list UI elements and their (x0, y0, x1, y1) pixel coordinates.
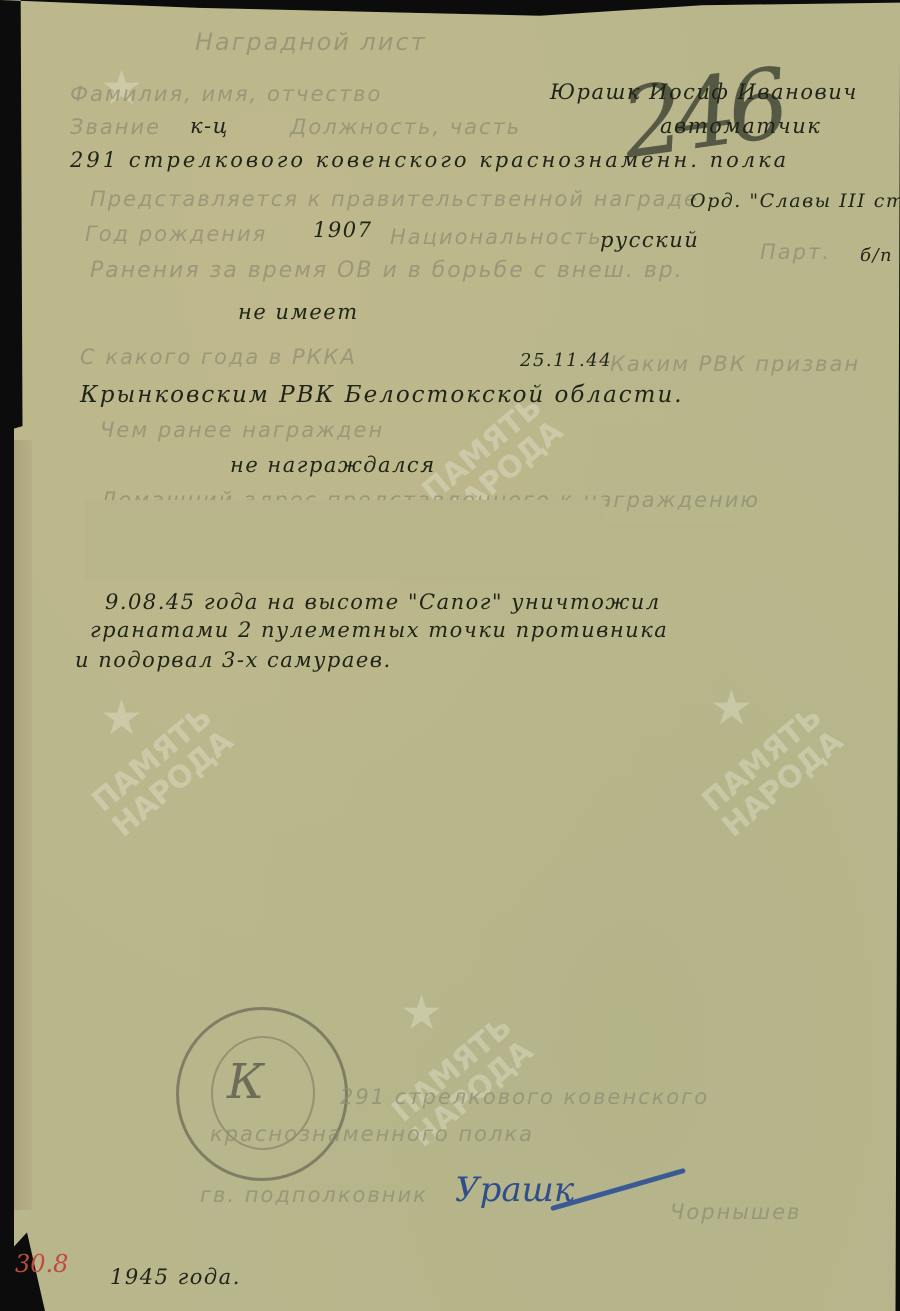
field-label: Парт. (760, 240, 831, 264)
unit-line: краснознаменного полка (210, 1122, 534, 1146)
unit-line: 291 стрелкового ковенского (340, 1085, 709, 1109)
redacted-area (600, 524, 810, 584)
field-value: не имеет (238, 300, 359, 324)
field-value: Орд. "Славы III степ." (690, 190, 900, 212)
document-title: Наградной лист (195, 28, 427, 56)
field-label: Год рождения (85, 222, 267, 246)
paper-fold (14, 440, 32, 1210)
stamp-initial: К (227, 1054, 264, 1110)
feat-line: гранатами 2 пулеметных точки противника (90, 618, 668, 642)
field-value: 25.11.44 (520, 350, 612, 371)
field-value: 1907 (313, 218, 372, 242)
field-label: С какого года в РККА (80, 345, 357, 369)
feat-line: и подорвал 3-х самураев. (75, 648, 392, 672)
star-icon: ★ (400, 985, 443, 1041)
field-label: Должность, часть (290, 115, 521, 139)
date-day-red: 30.8 (15, 1250, 68, 1278)
field-label: Каким РВК призван (610, 352, 860, 376)
field-label: Фамилия, имя, отчество (70, 82, 382, 106)
field-value: не награждался (230, 453, 436, 477)
field-label: Национальность (390, 225, 603, 249)
star-icon: ★ (100, 690, 143, 746)
field-label: Чем ранее награжден (100, 418, 384, 442)
official-stamp: К (176, 1007, 348, 1181)
field-value: 291 стрелкового ковенского краснознаменн… (70, 148, 789, 172)
field-label: Звание (70, 115, 161, 139)
signer-name: Чорнышев (670, 1200, 801, 1224)
rank-text: гв. подполковник (200, 1183, 428, 1207)
field-value: б/п (860, 245, 893, 266)
star-icon: ★ (710, 680, 753, 736)
field-value: к-ц (190, 114, 229, 138)
field-value: Крынковским РВК Белостокской области. (80, 382, 684, 408)
field-value: Юрашк Иосиф Иванович (550, 80, 858, 104)
field-value: автоматчик (660, 114, 821, 138)
redacted-area (85, 500, 605, 580)
scan-border (0, 425, 14, 1275)
field-label: Ранения за время ОВ и в борьбе с внеш. в… (90, 258, 684, 283)
date-year: 1945 года. (110, 1265, 241, 1289)
feat-line: 9.08.45 года на высоте "Сапог" уничтожил (105, 590, 661, 614)
field-value: русский (600, 228, 699, 252)
field-label: Представляется к правительственной награ… (90, 187, 699, 211)
